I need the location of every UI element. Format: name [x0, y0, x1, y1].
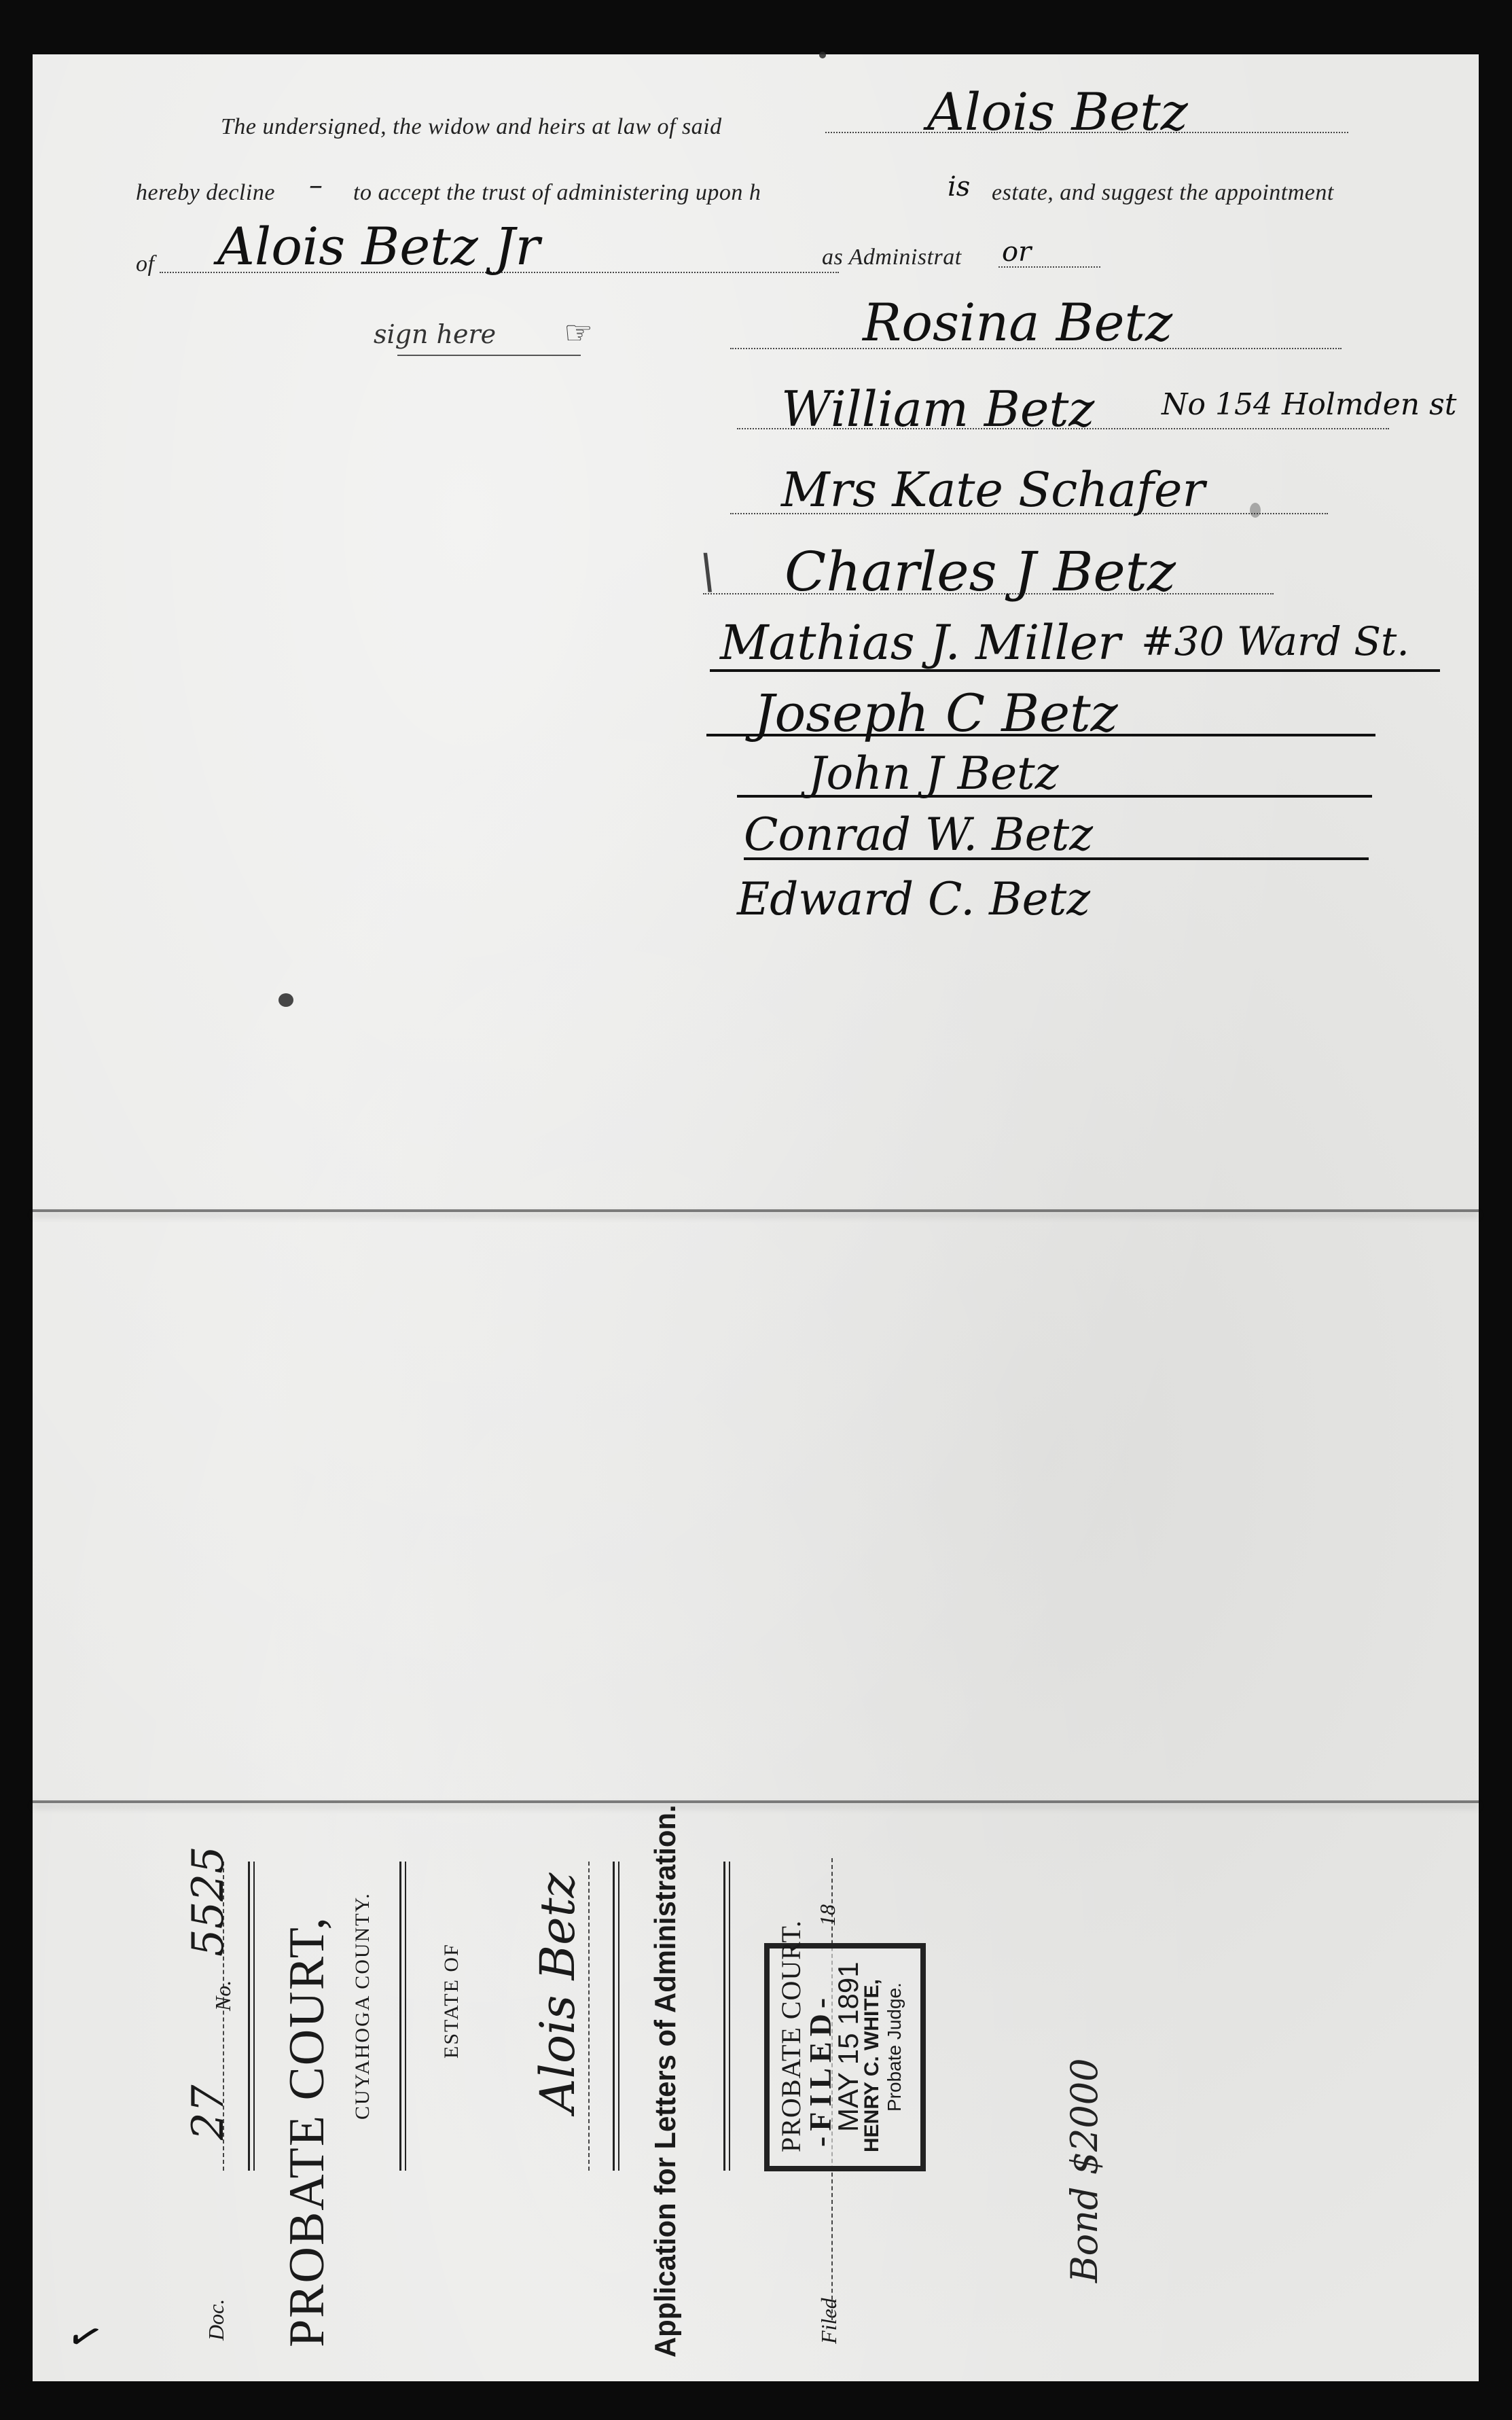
- no-label: No.: [211, 1980, 236, 2011]
- fold-line-lower: [33, 1800, 1479, 1803]
- signature-joseph-betz: Joseph C Betz: [754, 683, 1118, 743]
- stamp-judge-name: HENRY C. WHITE,: [861, 1979, 884, 2152]
- filed-stamp: PROBATE COURT. -FILED- MAY 15 1891 HENRY…: [764, 1943, 926, 2171]
- document-title: Application for Letters of Administratio…: [649, 1804, 683, 2357]
- line2-printed-c: estate, and suggest the appointment: [992, 180, 1334, 206]
- signature-conrad-betz: Conrad W. Betz: [744, 808, 1093, 861]
- filed-year-prefix: 18: [815, 1904, 840, 1926]
- case-number: 5525: [183, 1846, 234, 1957]
- stamp-date: MAY 15 1891: [832, 1961, 865, 2132]
- filed-label: Filed: [816, 2298, 842, 2344]
- bond-note: Bond $2000: [1063, 2059, 1106, 2283]
- line3-printed-of: of: [136, 251, 154, 277]
- signature-john-betz: John J Betz: [808, 747, 1058, 800]
- ink-spot: [819, 52, 826, 58]
- line1-printed: The undersigned, the widow and heirs at …: [221, 114, 722, 140]
- doc-label: Doc.: [204, 2299, 229, 2341]
- line2-fill-a: –: [309, 170, 323, 201]
- line2-fill-b: is: [948, 171, 970, 202]
- signature-mathias-miller: Mathias J. Miller: [720, 615, 1121, 671]
- line3-admin-blank: [998, 266, 1100, 268]
- address-mathias-miller: #30 Ward St.: [1141, 618, 1409, 664]
- line2-printed-a: hereby decline: [136, 180, 275, 206]
- margin-mark: \: [700, 544, 716, 599]
- signature-kate-schafer: Mrs Kate Schafer: [781, 462, 1205, 518]
- county-name: CUYAHOGA COUNTY.: [351, 1892, 374, 2120]
- stamp-judge-title: Probate Judge.: [884, 1982, 905, 2112]
- signature-william-betz: William Betz: [781, 380, 1094, 438]
- line3-fill-admin: or: [1002, 236, 1031, 268]
- address-william-betz: No 154 Holmden st: [1162, 387, 1456, 422]
- nominee-name: Alois Betz Jr: [217, 216, 540, 277]
- decedent-name: Alois Betz: [927, 82, 1188, 142]
- line2-printed-b: to accept the trust of administering upo…: [353, 180, 761, 206]
- signature-charles-betz: Charles J Betz: [785, 540, 1176, 603]
- fold-line-upper: [33, 1209, 1479, 1212]
- estate-name: Alois Betz: [530, 1872, 586, 2113]
- ink-spot: [278, 993, 293, 1007]
- doc-number: 27: [183, 2085, 234, 2140]
- line3-printed-admin: as Administrat: [822, 245, 962, 270]
- signature-rosina-betz: Rosina Betz: [863, 292, 1172, 353]
- signature-edward-betz: Edward C. Betz: [737, 873, 1090, 925]
- pointing-hand-icon: ☞: [564, 314, 593, 352]
- estate-label: ESTATE OF: [440, 1943, 463, 2059]
- court-title: PROBATE COURT,: [278, 1916, 336, 2347]
